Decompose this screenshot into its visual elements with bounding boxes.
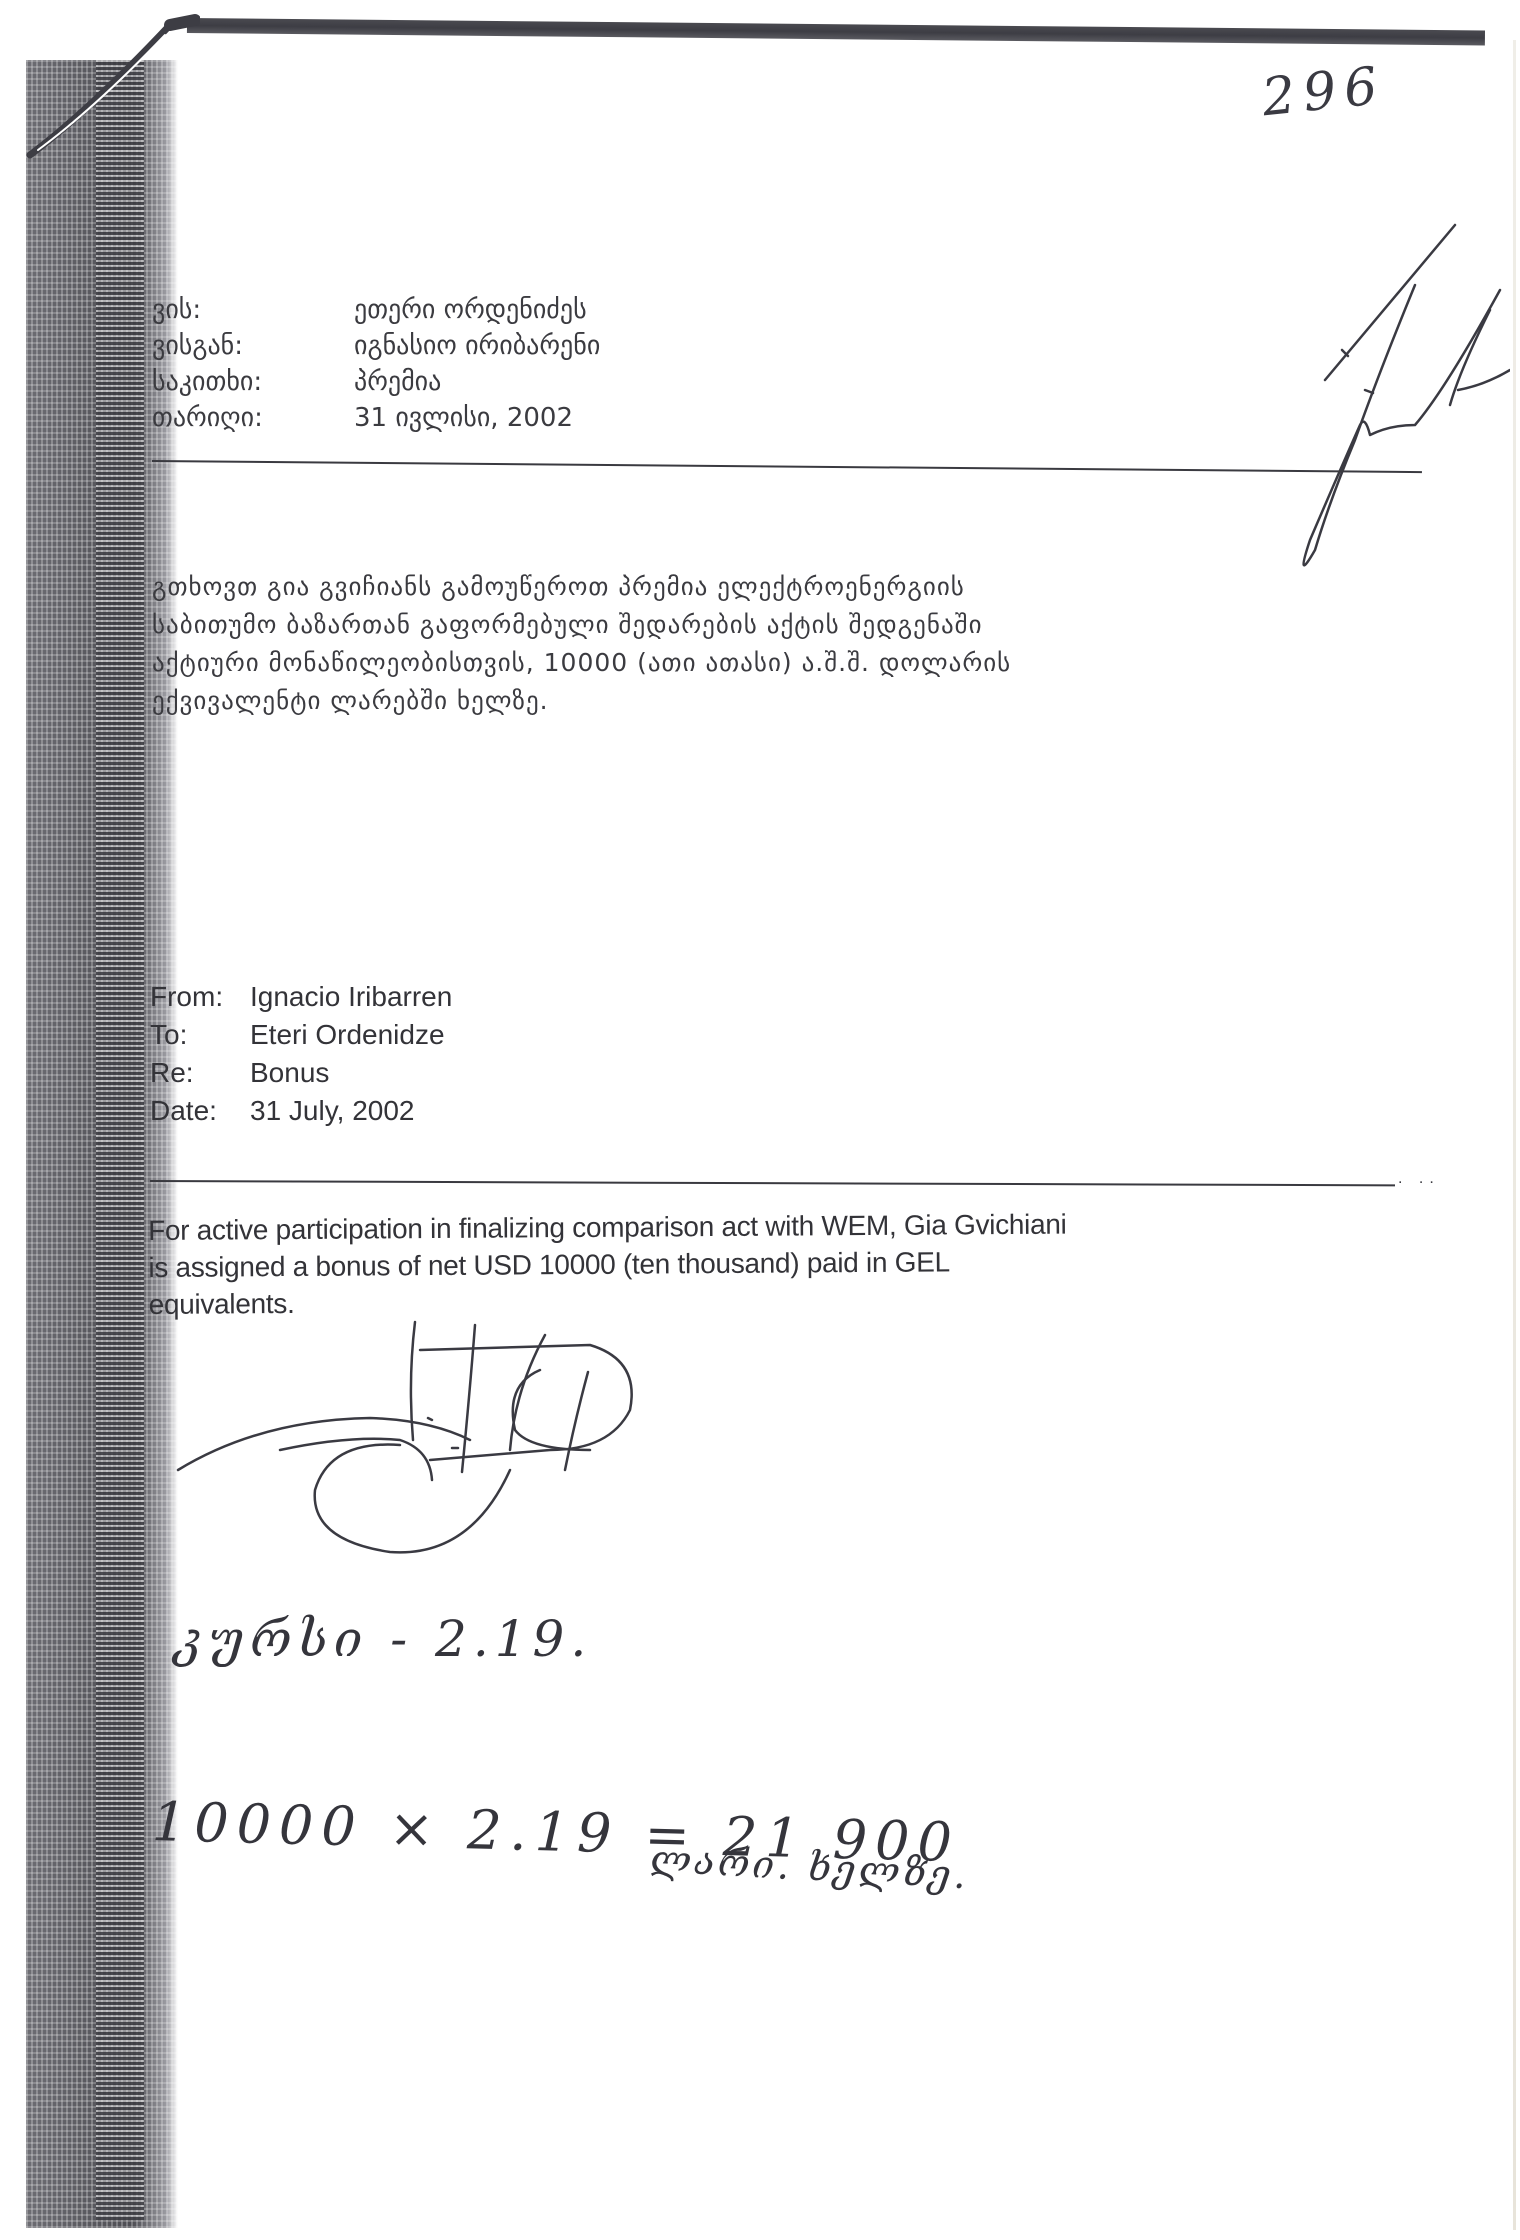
page-fold-corner [0,0,200,170]
ka-value-date: 31 ივლისი, 2002 [354,400,573,436]
scan-right-edge [1513,40,1516,2230]
ka-header-to: ვის: ეთერი ორდენიძეს [152,292,600,328]
ka-body-line: აქტიური მონაწილეობისთვის, 10000 (ათი ათა… [152,644,1272,682]
ka-label-to: ვის: [152,292,354,328]
en-label-to: To: [150,1016,250,1054]
english-memo-header: From: Ignacio Iribarren To: Eteri Ordeni… [150,978,452,1130]
georgian-memo-body: გთხოვთ გია გვიჩიანს გამოუწეროთ პრემია ელ… [152,568,1272,720]
en-header-from: From: Ignacio Iribarren [150,978,452,1016]
ka-header-date: თარიღი: 31 ივლისი, 2002 [152,400,600,436]
ka-body-line: საბითუმო ბაზართან გაფორმებული შედარების … [152,606,1272,644]
ka-header-from: ვისგან: იგნასიო ირიბარენი [152,328,600,364]
ka-value-subject: პრემია [354,364,441,400]
en-value-to: Eteri Ordenidze [250,1016,445,1054]
en-header-re: Re: Bonus [150,1054,452,1092]
ka-body-line: გთხოვთ გია გვიჩიანს გამოუწეროთ პრემია ელ… [152,568,1272,606]
header-divider-georgian [152,460,1422,473]
en-header-date: Date: 31 July, 2002 [150,1092,452,1130]
en-value-re: Bonus [250,1054,329,1092]
ka-value-from: იგნასიო ირიბარენი [354,328,600,364]
en-value-from: Ignacio Iribarren [250,978,452,1016]
header-divider-english [150,1180,1395,1186]
signature-top-right [1270,210,1510,580]
en-label-date: Date: [150,1092,250,1130]
ka-label-subject: საკითხი: [152,364,354,400]
ka-value-to: ეთერი ორდენიძეს [354,292,587,328]
scanned-document-page: 296 ვის: ეთერი ორდენიძეს ვისგან: იგნასიო… [0,0,1520,2240]
en-label-re: Re: [150,1054,250,1092]
ka-header-subject: საკითხი: პრემია [152,364,600,400]
en-label-from: From: [150,978,250,1016]
handwritten-exchange-rate: კურსი - 2.19. [175,1610,592,1668]
signature-sender [170,1300,640,1570]
divider-trailing-marks: . .. [1398,1170,1440,1188]
ka-body-line: ექვივალენტი ლარებში ხელზე. [152,682,1272,720]
folio-number: 296 [1259,56,1388,129]
ka-label-date: თარიღი: [152,400,354,436]
en-value-date: 31 July, 2002 [250,1092,415,1130]
georgian-memo-header: ვის: ეთერი ორდენიძეს ვისგან: იგნასიო ირი… [152,292,600,436]
en-header-to: To: Eteri Ordenidze [150,1016,452,1054]
scan-top-edge [187,18,1485,45]
scan-spine-texture [96,60,144,2220]
ka-label-from: ვისგან: [152,328,354,364]
